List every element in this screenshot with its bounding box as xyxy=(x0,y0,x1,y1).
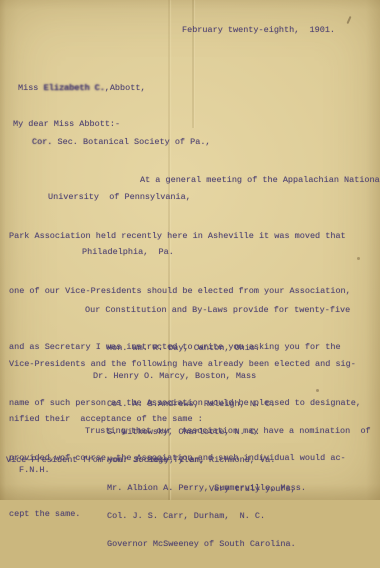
body-line: Our Constitution and By-Laws provide for… xyxy=(9,301,356,319)
valediction: Very truly yours, xyxy=(6,485,371,495)
salutation: My dear Miss Abbott:- xyxy=(13,118,120,130)
typist-initials: F.N.H. xyxy=(19,464,50,476)
recipient-surname: ,Abbott, xyxy=(105,83,146,93)
ink-tick-mark xyxy=(346,16,351,24)
body-line: At a general meeting of the Appalachian … xyxy=(9,171,380,190)
letter-page: February twenty-eighth, 1901. Miss Eliza… xyxy=(0,0,380,500)
recipient-prefix: Miss xyxy=(18,83,44,93)
vp-list-item: Dr. Henry O. Marcy, Boston, Mass xyxy=(93,372,306,381)
closing-line: Vice-President from your Society, I am, xyxy=(6,456,371,466)
body-line: Park Association held recently here in A… xyxy=(9,227,380,246)
closing-line: Trusting that our Association may have a… xyxy=(6,427,371,437)
smudged-recipient-name: Elizabeth C. xyxy=(44,83,105,93)
vp-list-item: Hon. Wm. R. Day, Canton, Ohio. xyxy=(107,344,306,353)
recipient-name-line: Miss Elizabeth C.,Abbott, xyxy=(18,79,211,97)
date-line: February twenty-eighth, 1901. xyxy=(182,24,335,36)
closing-paragraph: Trusting that our Association may have a… xyxy=(6,408,371,500)
